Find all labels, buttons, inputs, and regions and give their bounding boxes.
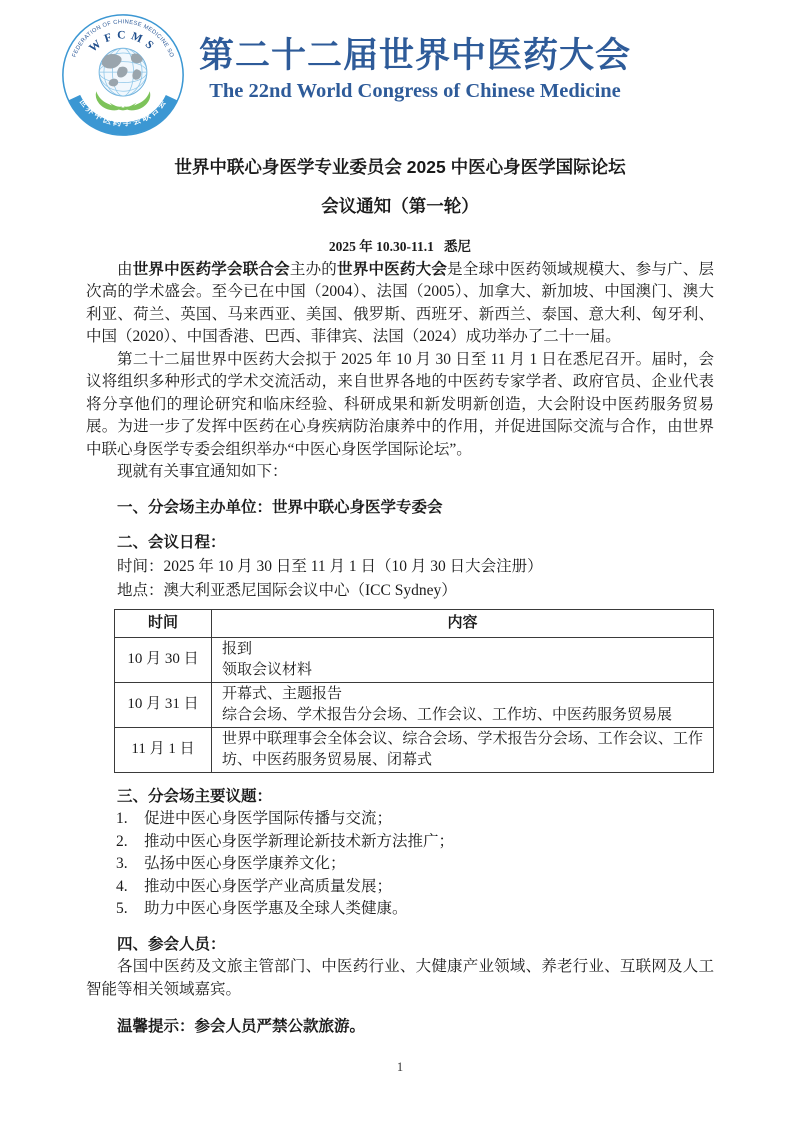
participants-paragraph: 各国中医药及文旅主管部门、中医药行业、大健康产业领域、养老行业、互联网及人工智能… [86,956,714,1001]
topic-text: 推动中医心身医学新理论新技术新方法推广； [144,831,714,854]
congress-title-en: The 22nd World Congress of Chinese Medic… [182,80,648,103]
topic-number: 3. [116,853,144,876]
topic-number: 1. [116,808,144,831]
section-3-heading: 三、分会场主要议题： [86,786,714,809]
schedule-header-content: 内容 [212,609,714,637]
section-4-heading: 四、参会人员： [86,934,714,957]
schedule-header-row: 时间 内容 [115,609,714,637]
notice-dateline: 2025 年 10.30-11.1 悉尼 [86,236,714,259]
schedule-date: 10 月 30 日 [115,637,212,682]
schedule-content: 开幕式、主题报告 综合会场、学术报告分会场、工作会议、工作坊、中医药服务贸易展 [212,682,714,727]
topic-text: 推动中医心身医学产业高质量发展； [144,876,714,899]
schedule-table: 时间 内容 10 月 30 日 报到 领取会议材料 10 月 31 日 开幕式、… [114,609,714,773]
section-1-heading: 一、分会场主办单位：世界中联心身医学专委会 [86,497,714,520]
document-page: WORLD FEDERATION OF CHINESE MEDICINE SOC… [0,0,800,1131]
topic-number: 5. [116,898,144,921]
schedule-date: 11 月 1 日 [115,727,212,772]
schedule-content-line: 世界中联理事会全体会议、综合会场、学术报告分会场、工作会议、工作坊、中医药服务贸… [222,729,703,771]
schedule-content-line: 综合会场、学术报告分会场、工作会议、工作坊、中医药服务贸易展 [222,705,703,726]
schedule-time-line: 时间：2025 年 10 月 30 日至 11 月 1 日（10 月 30 日大… [86,555,714,579]
schedule-content: 世界中联理事会全体会议、综合会场、学术报告分会场、工作会议、工作坊、中医药服务贸… [212,727,714,772]
section-2-heading: 二、会议日程： [86,532,714,555]
schedule-content-line: 领取会议材料 [222,660,703,681]
para1-lead: 由 [117,261,133,278]
topic-number: 2. [116,831,144,854]
schedule-content-line: 报到 [222,639,703,660]
para1-organizer: 世界中医药学会联合会 [133,261,290,278]
letterhead-titles: 第二十二届世界中医药大会 The 22nd World Congress of … [182,34,648,103]
schedule-date: 10 月 31 日 [115,682,212,727]
topic-item: 3. 弘扬中医心身医学康养文化； [116,853,714,876]
schedule-content: 报到 领取会议材料 [212,637,714,682]
notice-body: 世界中联心身医学专业委员会 2025 中医心身医学国际论坛 会议通知（第一轮） … [86,155,714,1039]
schedule-header-time: 时间 [115,609,212,637]
notice-title: 世界中联心身医学专业委员会 2025 中医心身医学国际论坛 [86,155,714,179]
topic-text: 弘扬中医心身医学康养文化； [144,853,714,876]
page-number: 1 [397,1060,403,1074]
schedule-location-line: 地点：澳大利亚悉尼国际会议中心（ICC Sydney） [86,579,714,603]
paragraph-intro: 由世界中医药学会联合会主办的世界中医药大会是全球中医药领域规模大、参与广、层次高… [86,259,714,349]
page-footer: 1 [0,1060,800,1075]
table-row: 11 月 1 日 世界中联理事会全体会议、综合会场、学术报告分会场、工作会议、工… [115,727,714,772]
topic-item: 5. 助力中医心身医学惠及全球人类健康。 [116,898,714,921]
wfcms-logo-icon: WORLD FEDERATION OF CHINESE MEDICINE SOC… [60,12,186,138]
topic-item: 1. 促进中医心身医学国际传播与交流； [116,808,714,831]
topic-number: 4. [116,876,144,899]
topic-text: 助力中医心身医学惠及全球人类健康。 [144,898,714,921]
notice-subtitle: 会议通知（第一轮） [86,194,714,218]
topic-item: 4. 推动中医心身医学产业高质量发展； [116,876,714,899]
reminder-note: 温馨提示：参会人员严禁公款旅游。 [86,1016,714,1039]
paragraph-lead-in: 现就有关事宜通知如下： [86,461,714,484]
table-row: 10 月 31 日 开幕式、主题报告 综合会场、学术报告分会场、工作会议、工作坊… [115,682,714,727]
topic-text: 促进中医心身医学国际传播与交流； [144,808,714,831]
para1-mid: 主办的 [290,261,337,278]
letterhead: WORLD FEDERATION OF CHINESE MEDICINE SOC… [0,14,800,134]
para1-congress: 世界中医药大会 [337,261,447,278]
congress-title-zh: 第二十二届世界中医药大会 [182,34,648,78]
paragraph-overview: 第二十二届世界中医药大会拟于 2025 年 10 月 30 日至 11 月 1 … [86,349,714,462]
schedule-content-line: 开幕式、主题报告 [222,684,703,705]
table-row: 10 月 30 日 报到 领取会议材料 [115,637,714,682]
topic-item: 2. 推动中医心身医学新理论新技术新方法推广； [116,831,714,854]
